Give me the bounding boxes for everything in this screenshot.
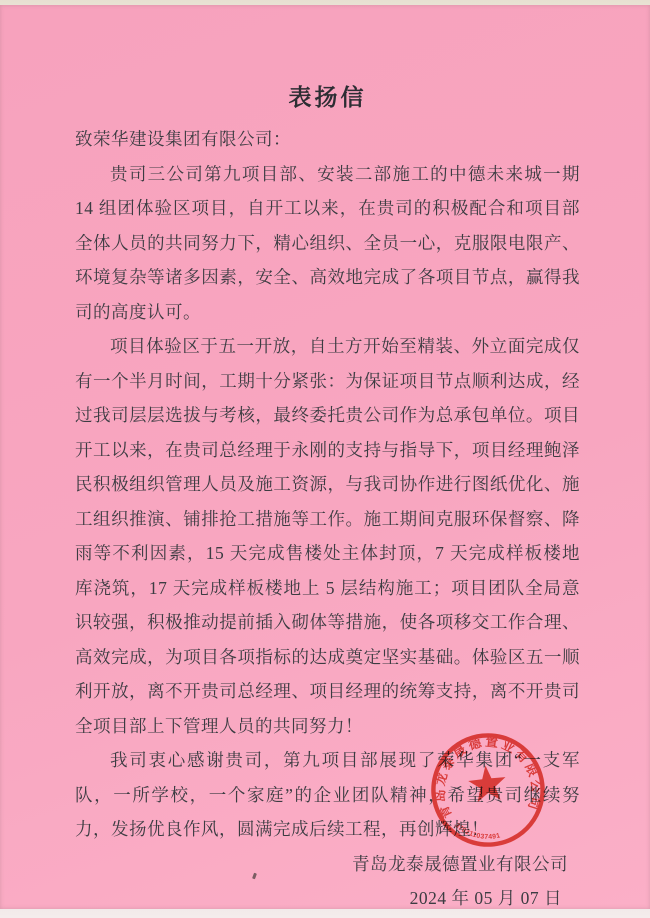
signature-date: 2024 年 05 月 07 日 [75,881,580,916]
company-seal: 青岛龙泰晟德置业有限公司 370211037491 [423,725,553,855]
paragraph-2: 项目体验区于五一开放，自土方开始至精装、外立面完成仅有一个半月时间，工期十分紧张… [75,329,580,743]
signature-company: 青岛龙泰晟德置业有限公司 [75,847,580,882]
salutation: 致荣华建设集团有限公司： [75,122,580,157]
letter-paper: 表扬信 致荣华建设集团有限公司： 贵司三公司第九项目部、安装二部施工的中德未来城… [0,5,650,909]
letter-title: 表扬信 [75,79,580,112]
paragraph-1: 贵司三公司第九项目部、安装二部施工的中德未来城一期 14 组团体验区项目，自开工… [75,157,580,330]
signature-block: 青岛龙泰晟德置业有限公司 2024 年 05 月 07 日 [75,847,580,916]
star-icon [467,764,508,803]
seal-serial-number: 370211037491 [453,818,501,845]
